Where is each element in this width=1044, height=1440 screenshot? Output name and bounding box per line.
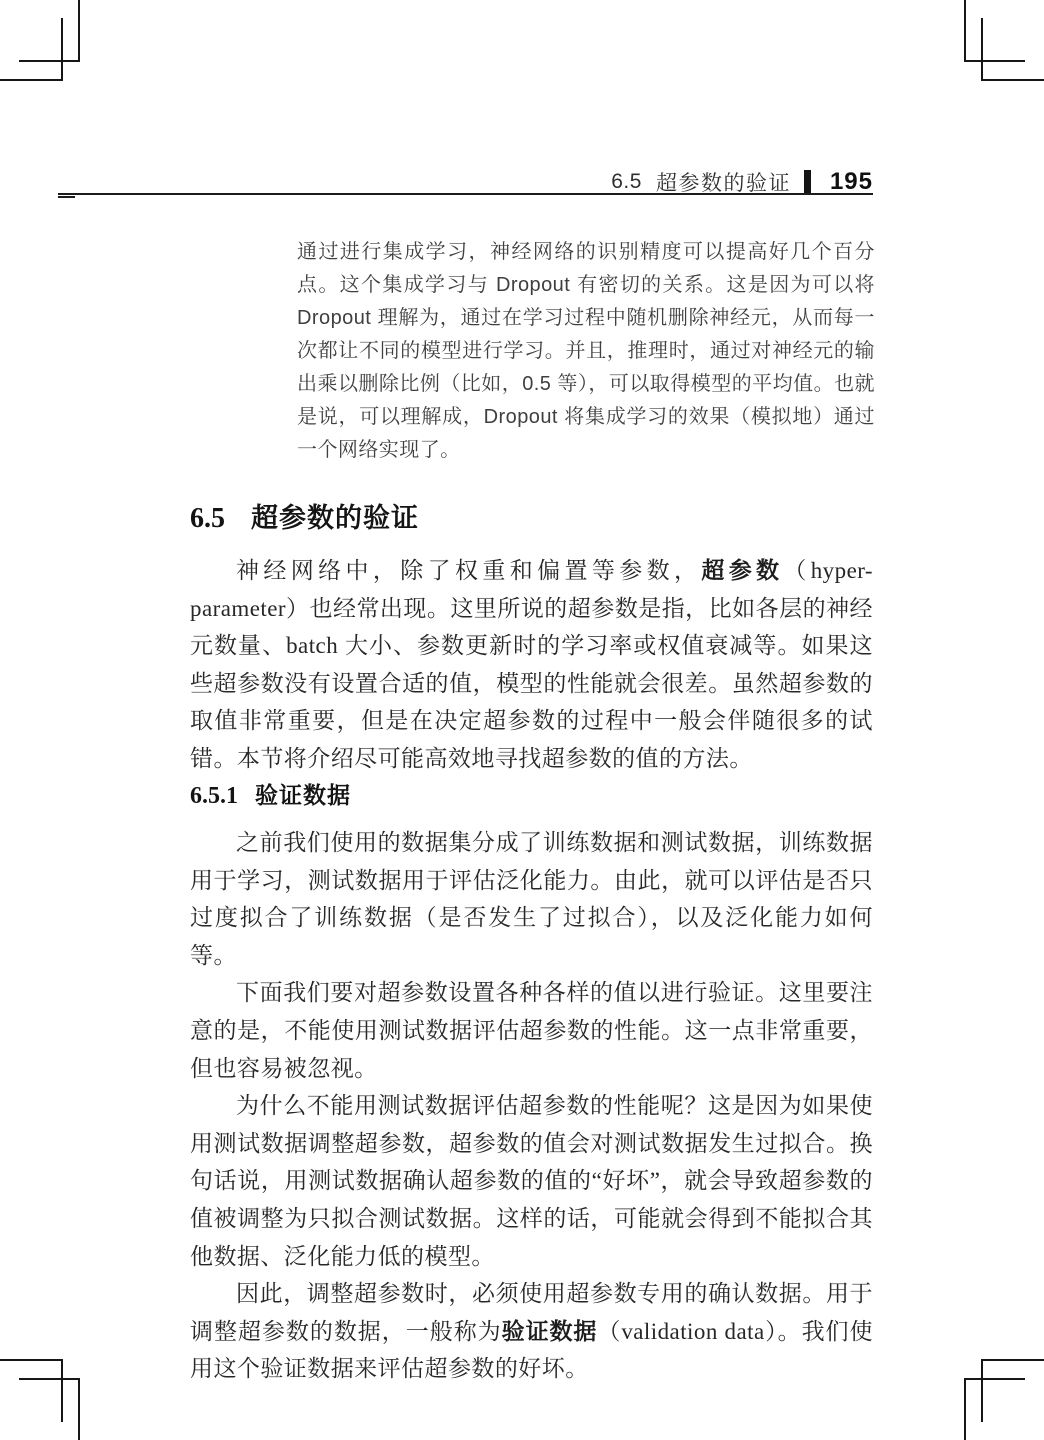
text-segment: 下面我们要对超参数设置各种各样的值以进行验证。这里要注意的是，不能使用测试数据评…	[190, 980, 873, 1080]
body-paragraph: 神经网络中，除了权重和偏置等参数，超参数（hyper-parameter）也经常…	[190, 552, 873, 778]
header-section-number: 6.5	[611, 170, 642, 194]
crop-mark-bottom-left-inner	[0, 1359, 63, 1422]
section-body: 神经网络中，除了权重和偏置等参数，超参数（hyper-parameter）也经常…	[190, 552, 873, 778]
crop-mark-top-right-inner	[981, 18, 1044, 81]
text-segment: 为什么不能用测试数据评估超参数的性能呢？这是因为如果使用测试数据调整超参数，超参…	[190, 1093, 873, 1268]
body-paragraph: 因此，调整超参数时，必须使用超参数专用的确认数据。用于调整超参数的数据，一般称为…	[190, 1275, 873, 1388]
subsection-heading: 6.5.1 验证数据	[190, 777, 351, 810]
subsection-number: 6.5.1	[190, 783, 238, 810]
note-text: 通过进行集成学习，神经网络的识别精度可以提高好几个百分点。这个集成学习与 Dro…	[297, 241, 875, 461]
book-page: { "colors": { "ink": "#1c1c1c", "paper":…	[0, 0, 1044, 1440]
emphasis-term: 验证数据	[502, 1318, 598, 1344]
note-box: 通过进行集成学习，神经网络的识别精度可以提高好几个百分点。这个集成学习与 Dro…	[297, 236, 875, 467]
text-segment: （hyper-parameter）也经常出现。这里所说的超参数是指，比如各层的神…	[190, 558, 873, 771]
text-segment: 之前我们使用的数据集分成了训练数据和测试数据，训练数据用于学习，测试数据用于评估…	[190, 830, 873, 968]
crop-mark-bottom-right-inner	[981, 1359, 1044, 1422]
body-paragraph: 下面我们要对超参数设置各种各样的值以进行验证。这里要注意的是，不能使用测试数据评…	[190, 974, 873, 1087]
header-rule	[58, 193, 873, 195]
subsection-body: 之前我们使用的数据集分成了训练数据和测试数据，训练数据用于学习，测试数据用于评估…	[190, 824, 873, 1388]
header-rule-dash	[58, 196, 75, 198]
header-page-number: 195	[830, 168, 873, 196]
text-segment: 神经网络中，除了权重和偏置等参数，	[236, 558, 701, 583]
section-number: 6.5	[190, 503, 225, 535]
section-title: 超参数的验证	[251, 496, 419, 535]
emphasis-term: 超参数	[701, 557, 783, 583]
section-heading: 6.5 超参数的验证	[190, 496, 419, 535]
header-divider-bar	[804, 170, 811, 195]
body-paragraph: 之前我们使用的数据集分成了训练数据和测试数据，训练数据用于学习，测试数据用于评估…	[190, 824, 873, 974]
subsection-title: 验证数据	[255, 777, 351, 810]
crop-mark-top-left-inner	[0, 18, 63, 81]
body-paragraph: 为什么不能用测试数据评估超参数的性能呢？这是因为如果使用测试数据调整超参数，超参…	[190, 1087, 873, 1275]
